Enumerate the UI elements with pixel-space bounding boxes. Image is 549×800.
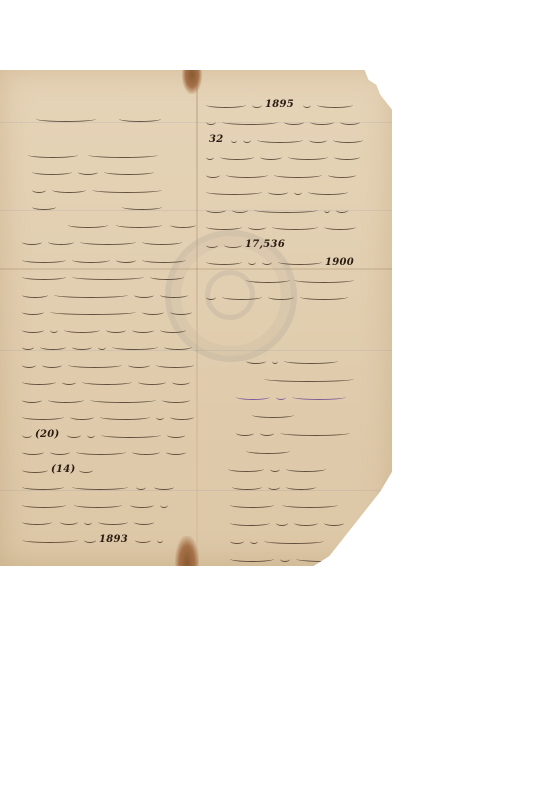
amount-17536: 17,536 xyxy=(245,239,285,250)
signature-3-violet-ink xyxy=(206,389,381,407)
scanned-letter-page: [illegible handwritten Greek] [illegible… xyxy=(0,70,392,566)
ruling-line xyxy=(0,490,392,491)
year-1900: 1900 xyxy=(325,257,354,268)
number-32: 32 xyxy=(209,134,224,145)
date-line: 1900 xyxy=(206,254,381,272)
left-column: [illegible handwritten Greek] [illegible… xyxy=(22,106,197,549)
year-1893: 1893 xyxy=(99,534,128,545)
signature-9 xyxy=(206,497,381,515)
signature-11 xyxy=(206,533,381,551)
ruling-line xyxy=(0,210,392,211)
signature-8 xyxy=(206,479,381,497)
signature-4 xyxy=(206,407,381,425)
signature-6 xyxy=(206,443,381,461)
signature-12 xyxy=(206,551,381,569)
signature-10 xyxy=(206,515,381,533)
signature-list xyxy=(206,353,381,569)
letter-body: [illegible handwritten Greek] [illegible… xyxy=(22,216,197,549)
addressee-block: [illegible handwritten Greek] [illegible… xyxy=(22,146,197,216)
salutation: [illegible handwritten Greek] xyxy=(22,106,197,132)
signature-1 xyxy=(206,353,381,371)
right-column: 1895 32 17,536 1900 xyxy=(206,96,381,569)
signature-secretary xyxy=(206,289,381,307)
top-stain xyxy=(182,70,202,94)
ruling-line xyxy=(0,350,392,351)
number-twenty: (20) xyxy=(35,429,60,440)
signature-5 xyxy=(206,425,381,443)
number-fourteen: (14) xyxy=(51,464,76,475)
right-body: 1895 32 17,536 1900 xyxy=(206,96,381,307)
year-1895: 1895 xyxy=(265,99,294,110)
signature-7 xyxy=(206,461,381,479)
ruling-line xyxy=(0,122,392,123)
signature-2 xyxy=(206,371,381,389)
